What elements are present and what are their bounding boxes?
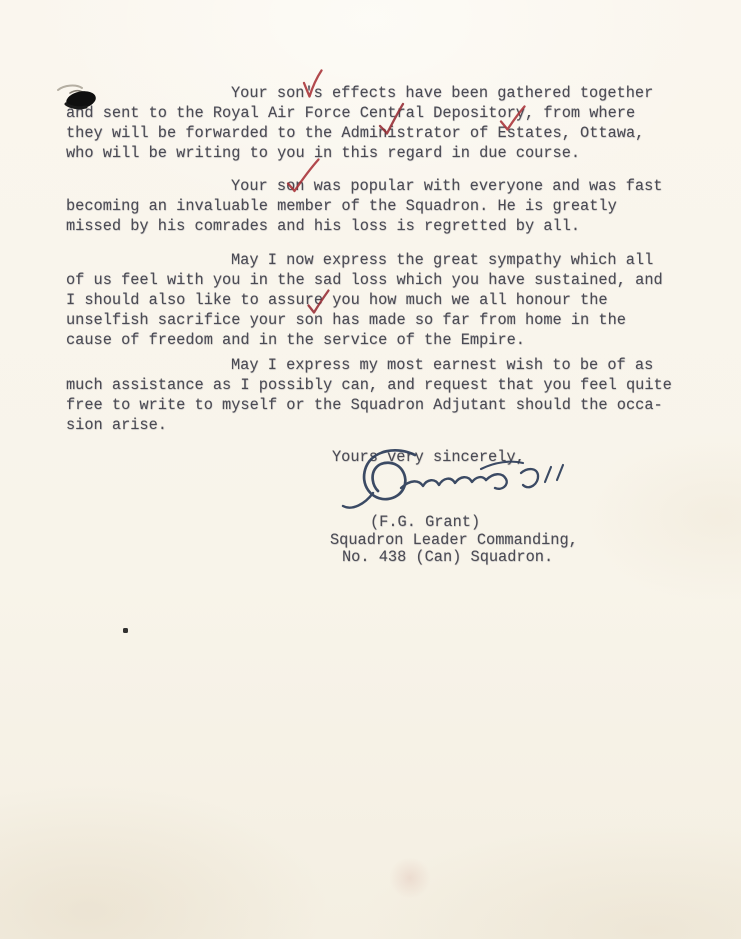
letter-line: of us feel with you in the sad loss whic… [66,270,678,290]
letter-line: Your son was popular with everyone and w… [66,176,678,196]
letter-line: sion arise. [66,415,678,435]
letter-body: Your son's effects have been gathered to… [66,83,678,448]
letter-line: who will be writing to you in this regar… [66,143,678,163]
letter-line: unselfish sacrifice your son has made so… [66,310,678,330]
letter-line: May I express my most earnest wish to be… [66,355,678,375]
letter-line: I should also like to assure you how muc… [66,290,678,310]
paragraph-2: Your son was popular with everyone and w… [66,176,678,236]
paragraph-1: Your son's effects have been gathered to… [66,83,678,163]
letter-line: and sent to the Royal Air Force Central … [66,103,678,123]
letter-line: Your son's effects have been gathered to… [66,83,678,103]
signer-squadron: No. 438 (Can) Squadron. [330,549,578,567]
signer-title: Squadron Leader Commanding, [330,532,578,550]
typed-signature-name: (F.G. Grant) [330,514,578,532]
letter-line: May I now express the great sympathy whi… [66,250,678,270]
letter-line: they will be forwarded to the Administra… [66,123,678,143]
letter-line: cause of freedom and in the service of t… [66,330,678,350]
paragraph-3: May I now express the great sympathy whi… [66,250,678,350]
paper-stain [388,858,432,898]
letter-line: missed by his comrades and his loss is r… [66,216,678,236]
letter-line: free to write to myself or the Squadron … [66,395,678,415]
signature-block: (F.G. Grant) Squadron Leader Commanding,… [330,514,578,567]
paragraph-4: May I express my most earnest wish to be… [66,355,678,435]
letter-line: much assistance as I possibly can, and r… [66,375,678,395]
letter-line: becoming an invaluable member of the Squ… [66,196,678,216]
letter-page: Your son's effects have been gathered to… [0,0,741,939]
ink-dot-mark [123,628,128,633]
valediction: Yours very sincerely, [332,448,525,466]
